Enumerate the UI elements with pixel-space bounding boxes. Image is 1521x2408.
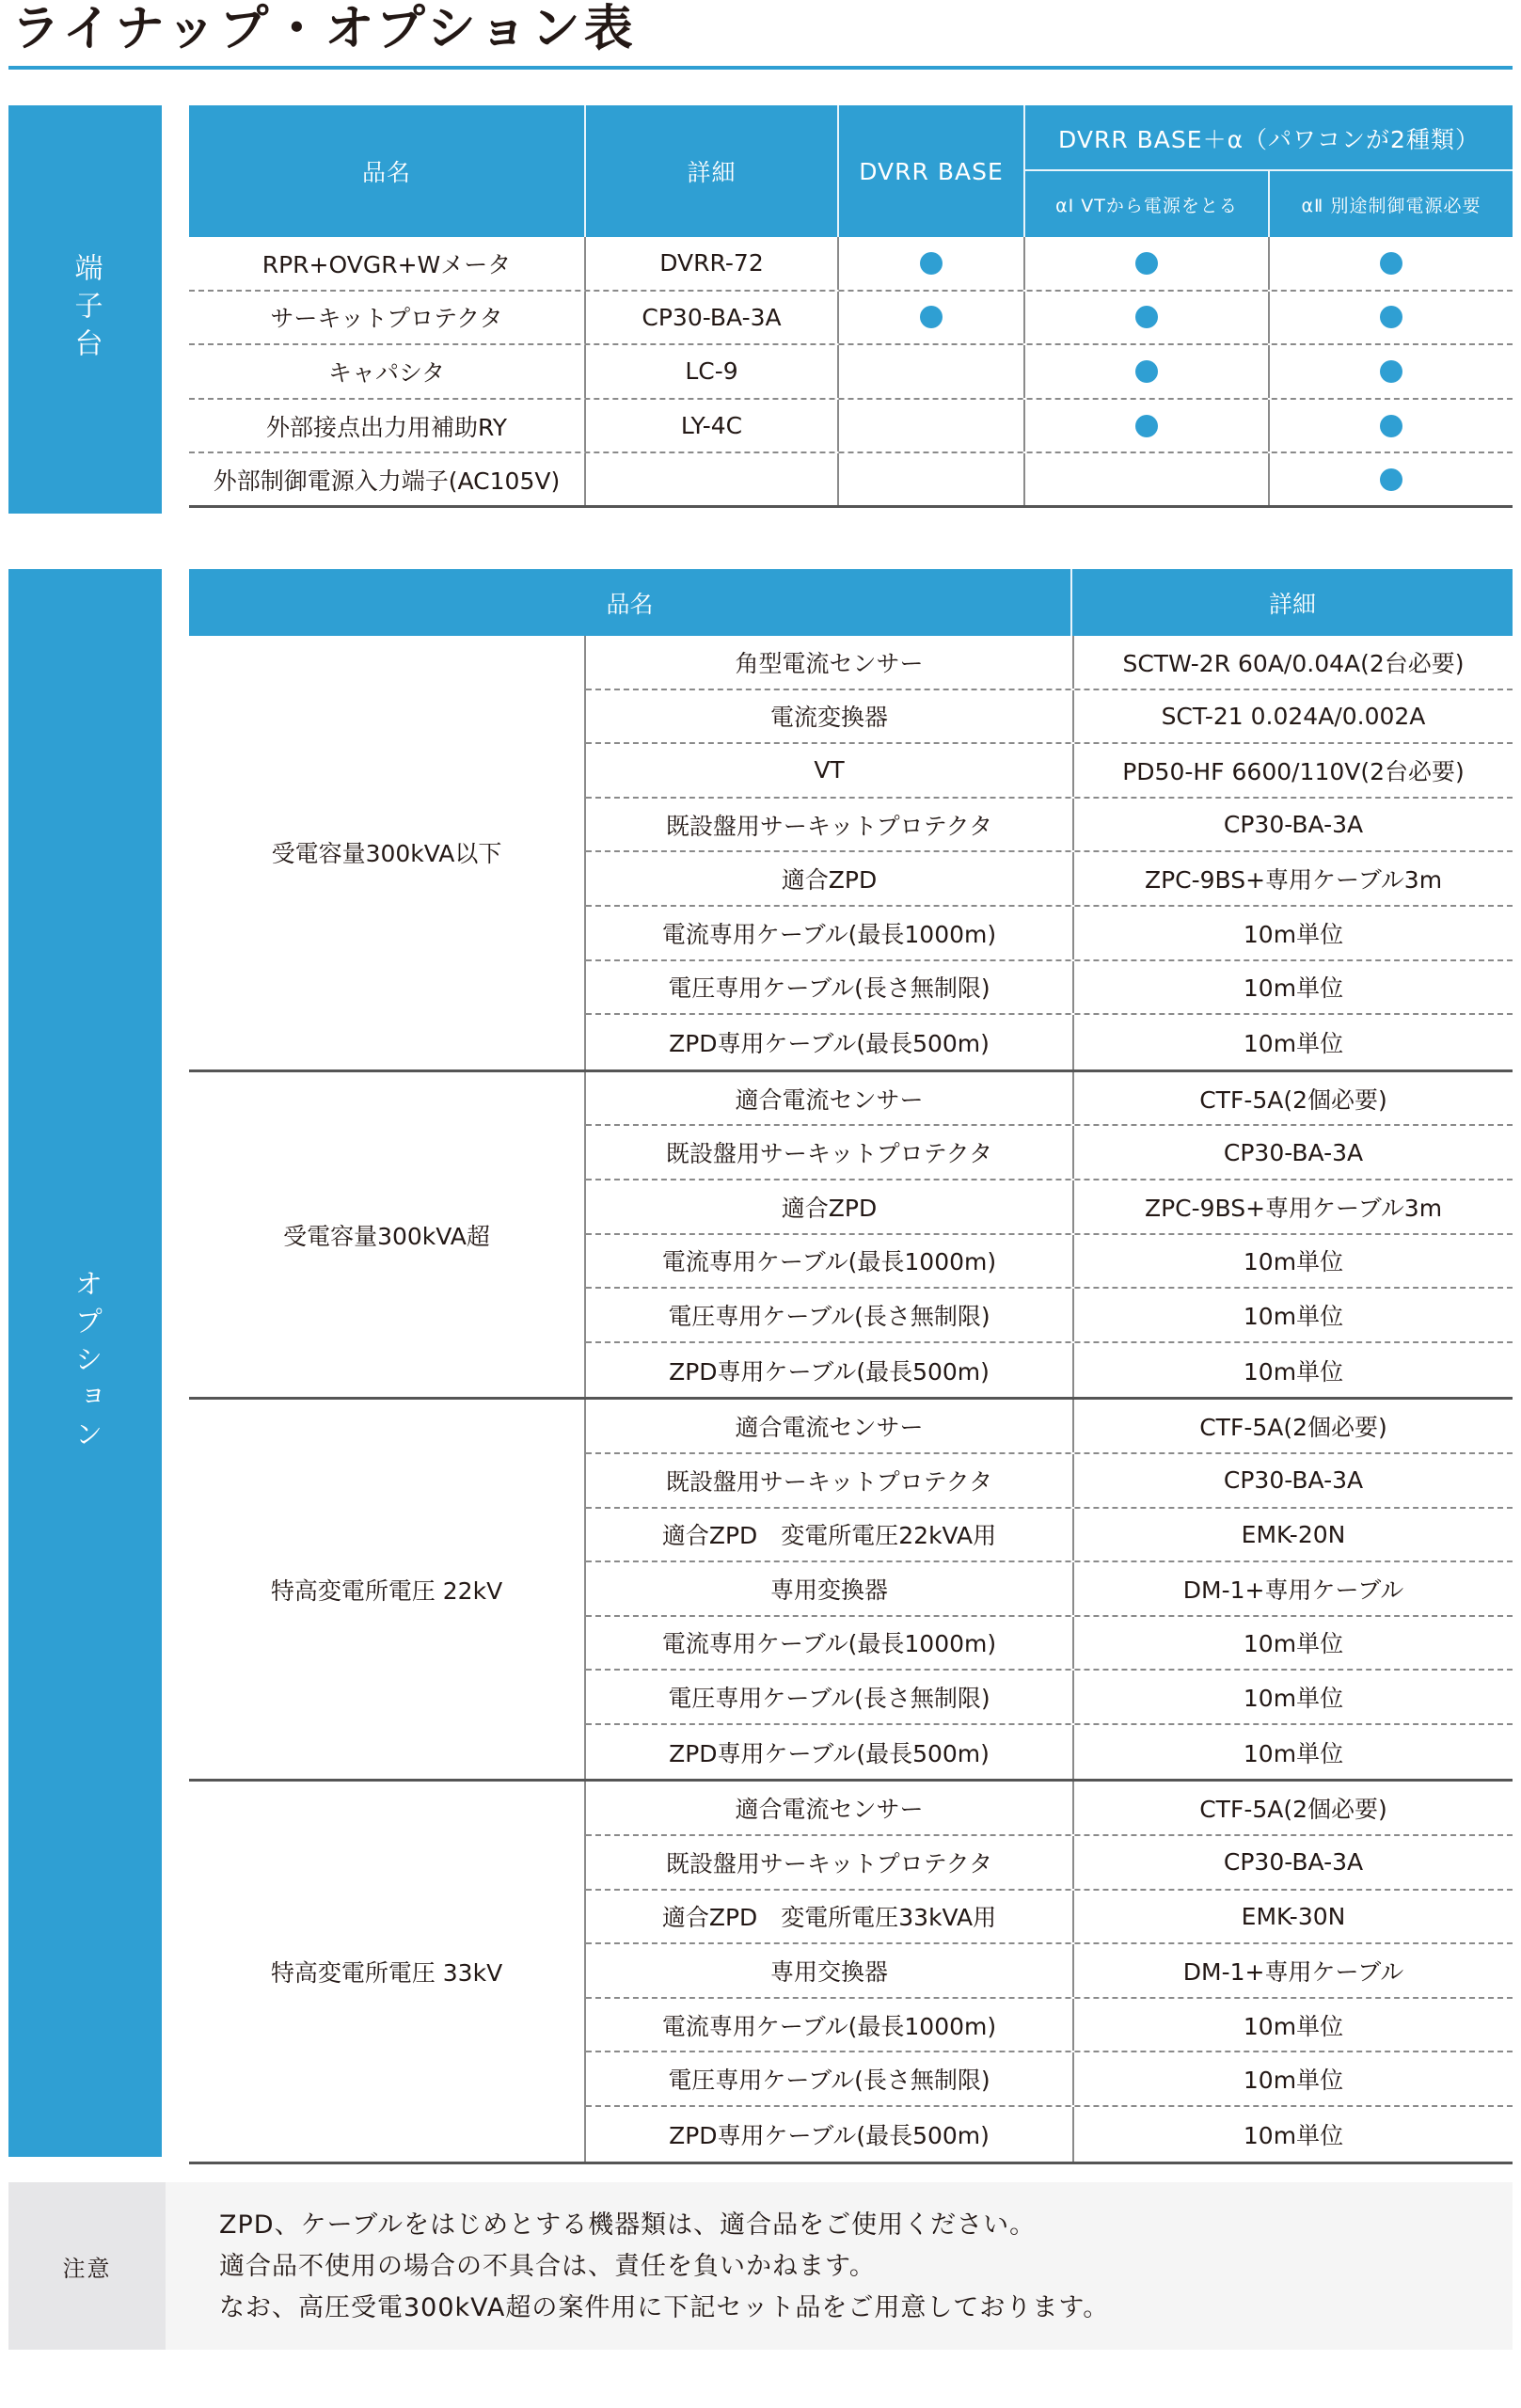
cell-name: 外部制御電源入力端子(AC105V) <box>189 453 584 505</box>
option-item-detail: 10m単位 <box>1072 1289 1513 1341</box>
section-label-terminal: 端子台 <box>8 105 162 514</box>
option-row: 適合ZPDZPC-9BS+専用ケーブル3m <box>586 852 1513 907</box>
dot-icon <box>1135 306 1158 328</box>
option-item-detail: CP30-BA-3A <box>1072 1126 1513 1179</box>
option-item-detail: CP30-BA-3A <box>1072 1836 1513 1889</box>
cell-alpha1 <box>1023 292 1268 344</box>
option-item-detail: EMK-30N <box>1072 1891 1513 1943</box>
option-item-detail: SCT-21 0.024A/0.002A <box>1072 690 1513 743</box>
option-row: 角型電流センサーSCTW-2R 60A/0.04A(2台必要) <box>586 636 1513 690</box>
option-item-name: 電流専用ケーブル(最長1000m) <box>586 1617 1072 1670</box>
option-item-name: 電圧専用ケーブル(長さ無制限) <box>586 961 1072 1014</box>
option-item-name: 電流専用ケーブル(最長1000m) <box>586 907 1072 959</box>
option-row: 既設盤用サーキットプロテクタCP30-BA-3A <box>586 799 1513 853</box>
option-group-rows: 適合電流センサーCTF-5A(2個必要)既設盤用サーキットプロテクタCP30-B… <box>584 1782 1513 2161</box>
terminal-table-body: RPR+OVGR+WメータDVRR-72サーキットプロテクタCP30-BA-3A… <box>189 237 1513 508</box>
header-name: 品名 <box>189 105 584 237</box>
section-label-options: オプション <box>8 569 162 2157</box>
header-detail: 詳細 <box>584 105 837 237</box>
option-row: 既設盤用サーキットプロテクタCP30-BA-3A <box>586 1126 1513 1180</box>
terminal-table-row: キャパシタLC-9 <box>189 345 1513 400</box>
option-row: 電圧専用ケーブル(長さ無制限)10m単位 <box>586 1671 1513 1725</box>
option-item-name: 電流変換器 <box>586 690 1072 743</box>
options-header-detail: 詳細 <box>1070 569 1513 636</box>
option-item-detail: 10m単位 <box>1072 1725 1513 1780</box>
option-item-name: 電圧専用ケーブル(長さ無制限) <box>586 1671 1072 1723</box>
notice-line: ZPD、ケーブルをはじめとする機器類は、適合品をご使用ください。 <box>219 2205 1109 2246</box>
dot-icon <box>920 306 943 328</box>
notice-text: ZPD、ケーブルをはじめとする機器類は、適合品をご使用ください。 適合品不使用の… <box>219 2205 1109 2329</box>
option-row: VTPD50-HF 6600/110V(2台必要) <box>586 744 1513 799</box>
option-row: 電流専用ケーブル(最長1000m)10m単位 <box>586 907 1513 961</box>
notice-line: なお、高圧受電300kVA超の案件用に下記セット品をご用意しております。 <box>219 2288 1109 2329</box>
option-row: 既設盤用サーキットプロテクタCP30-BA-3A <box>586 1836 1513 1891</box>
option-item-name: 適合電流センサー <box>586 1400 1072 1452</box>
cell-alpha2 <box>1268 292 1513 344</box>
option-item-detail: 10m単位 <box>1072 2107 1513 2162</box>
option-item-name: 専用変換器 <box>586 1562 1072 1615</box>
option-group-label: 受電容量300kVA超 <box>189 1072 584 1398</box>
cell-name: 外部接点出力用補助RY <box>189 400 584 452</box>
cell-alpha2 <box>1268 345 1513 398</box>
section-label-options-text: オプション <box>71 1269 100 1457</box>
cell-detail: LC-9 <box>584 345 837 398</box>
option-group: 特高変電所電圧 22kV適合電流センサーCTF-5A(2個必要)既設盤用サーキッ… <box>189 1400 1513 1782</box>
option-row: 電圧専用ケーブル(長さ無制限)10m単位 <box>586 961 1513 1016</box>
terminal-table-row: RPR+OVGR+WメータDVRR-72 <box>189 237 1513 292</box>
option-row: 適合ZPD 変電所電圧22kVA用EMK-20N <box>586 1509 1513 1563</box>
option-item-detail: CTF-5A(2個必要) <box>1072 1400 1513 1452</box>
terminal-table-row: 外部制御電源入力端子(AC105V) <box>189 453 1513 508</box>
option-row: 適合電流センサーCTF-5A(2個必要) <box>586 1782 1513 1836</box>
option-group-rows: 適合電流センサーCTF-5A(2個必要)既設盤用サーキットプロテクタCP30-B… <box>584 1400 1513 1779</box>
option-item-name: 角型電流センサー <box>586 636 1072 689</box>
cell-alpha1 <box>1023 237 1268 290</box>
option-row: 電圧専用ケーブル(長さ無制限)10m単位 <box>586 1289 1513 1343</box>
notice-box: 注意 ZPD、ケーブルをはじめとする機器類は、適合品をご使用ください。 適合品不… <box>8 2182 1513 2350</box>
option-row: 適合電流センサーCTF-5A(2個必要) <box>586 1072 1513 1127</box>
option-group-rows: 適合電流センサーCTF-5A(2個必要)既設盤用サーキットプロテクタCP30-B… <box>584 1072 1513 1398</box>
cell-detail: LY-4C <box>584 400 837 452</box>
cell-alpha2 <box>1268 400 1513 452</box>
option-row: 電流専用ケーブル(最長1000m)10m単位 <box>586 1999 1513 2053</box>
option-row: 電圧専用ケーブル(長さ無制限)10m単位 <box>586 2052 1513 2107</box>
terminal-table-row: 外部接点出力用補助RYLY-4C <box>189 400 1513 454</box>
cell-alpha2 <box>1268 237 1513 290</box>
dot-icon <box>920 252 943 275</box>
option-item-detail: 10m単位 <box>1072 1235 1513 1288</box>
option-row: ZPD専用ケーブル(最長500m)10m単位 <box>586 1343 1513 1398</box>
option-item-detail: SCTW-2R 60A/0.04A(2台必要) <box>1072 636 1513 689</box>
cell-name: RPR+OVGR+Wメータ <box>189 237 584 290</box>
option-row: 専用変換器DM-1+専用ケーブル <box>586 1562 1513 1617</box>
option-item-name: 適合ZPD <box>586 852 1072 905</box>
option-row: 電流専用ケーブル(最長1000m)10m単位 <box>586 1235 1513 1290</box>
header-alpha2: αⅡ 別途制御電源必要 <box>1268 171 1513 237</box>
option-item-detail: ZPC-9BS+専用ケーブル3m <box>1072 1180 1513 1233</box>
dot-icon <box>1135 252 1158 275</box>
header-plus-alpha: DVRR BASE＋α（パワコンが2種類） <box>1023 105 1513 170</box>
terminal-table-header: 品名 詳細 DVRR BASE DVRR BASE＋α（パワコンが2種類） αⅠ… <box>189 105 1513 237</box>
notice-line: 適合品不使用の場合の不具合は、責任を負いかねます。 <box>219 2246 1109 2288</box>
option-row: 電流専用ケーブル(最長1000m)10m単位 <box>586 1617 1513 1671</box>
dot-icon <box>1135 360 1158 383</box>
section-label-terminal-text: 端子台 <box>71 253 100 366</box>
option-item-detail: 10m単位 <box>1072 1617 1513 1670</box>
cell-alpha1 <box>1023 400 1268 452</box>
option-row: ZPD専用ケーブル(最長500m)10m単位 <box>586 1725 1513 1780</box>
option-item-detail: CTF-5A(2個必要) <box>1072 1782 1513 1834</box>
option-item-detail: 10m単位 <box>1072 1015 1513 1069</box>
option-item-detail: 10m単位 <box>1072 1999 1513 2052</box>
option-row: 適合ZPDZPC-9BS+専用ケーブル3m <box>586 1180 1513 1235</box>
option-item-name: 適合ZPD 変電所電圧22kVA用 <box>586 1509 1072 1561</box>
cell-detail: DVRR-72 <box>584 237 837 290</box>
cell-alpha2 <box>1268 453 1513 505</box>
option-group-label: 受電容量300kVA以下 <box>189 636 584 1069</box>
option-item-name: VT <box>586 744 1072 797</box>
dot-icon <box>1135 415 1158 437</box>
cell-alpha1 <box>1023 345 1268 398</box>
option-item-name: 電流専用ケーブル(最長1000m) <box>586 1235 1072 1288</box>
option-row: 適合ZPD 変電所電圧33kVA用EMK-30N <box>586 1891 1513 1945</box>
option-item-name: ZPD専用ケーブル(最長500m) <box>586 1343 1072 1398</box>
option-item-name: 電圧専用ケーブル(長さ無制限) <box>586 1289 1072 1341</box>
cell-base <box>837 237 1023 290</box>
option-item-name: ZPD専用ケーブル(最長500m) <box>586 1725 1072 1780</box>
option-group: 受電容量300kVA超適合電流センサーCTF-5A(2個必要)既設盤用サーキット… <box>189 1072 1513 1401</box>
option-item-name: 適合ZPD 変電所電圧33kVA用 <box>586 1891 1072 1943</box>
title-underline <box>8 66 1513 70</box>
options-table-header: 品名 詳細 <box>189 569 1513 636</box>
cell-alpha1 <box>1023 453 1268 505</box>
option-row: 適合電流センサーCTF-5A(2個必要) <box>586 1400 1513 1454</box>
option-item-detail: DM-1+専用ケーブル <box>1072 1562 1513 1615</box>
option-item-name: 適合電流センサー <box>586 1072 1072 1125</box>
option-item-detail: 10m単位 <box>1072 961 1513 1014</box>
notice-label: 注意 <box>8 2182 166 2350</box>
option-item-detail: ZPC-9BS+専用ケーブル3m <box>1072 852 1513 905</box>
option-item-detail: DM-1+専用ケーブル <box>1072 1944 1513 1997</box>
option-group-label: 特高変電所電圧 22kV <box>189 1400 584 1779</box>
option-item-detail: 10m単位 <box>1072 907 1513 959</box>
dot-icon <box>1380 306 1402 328</box>
option-item-detail: PD50-HF 6600/110V(2台必要) <box>1072 744 1513 797</box>
option-item-detail: EMK-20N <box>1072 1509 1513 1561</box>
cell-detail: CP30-BA-3A <box>584 292 837 344</box>
cell-name: サーキットプロテクタ <box>189 292 584 344</box>
option-item-name: 電流専用ケーブル(最長1000m) <box>586 1999 1072 2052</box>
options-header-name: 品名 <box>189 569 1070 636</box>
cell-name: キャパシタ <box>189 345 584 398</box>
option-item-name: 適合ZPD <box>586 1180 1072 1233</box>
option-item-name: 既設盤用サーキットプロテクタ <box>586 1836 1072 1889</box>
header-alpha1: αⅠ VTから電源をとる <box>1023 171 1268 237</box>
option-item-name: 既設盤用サーキットプロテクタ <box>586 1454 1072 1507</box>
option-group-rows: 角型電流センサーSCTW-2R 60A/0.04A(2台必要)電流変換器SCT-… <box>584 636 1513 1069</box>
option-row: 専用交換器DM-1+専用ケーブル <box>586 1944 1513 1999</box>
terminal-table: 品名 詳細 DVRR BASE DVRR BASE＋α（パワコンが2種類） αⅠ… <box>189 105 1513 508</box>
dot-icon <box>1380 415 1402 437</box>
option-row: 既設盤用サーキットプロテクタCP30-BA-3A <box>586 1454 1513 1509</box>
option-group: 特高変電所電圧 33kV適合電流センサーCTF-5A(2個必要)既設盤用サーキッ… <box>189 1782 1513 2163</box>
option-item-name: 適合電流センサー <box>586 1782 1072 1834</box>
header-base: DVRR BASE <box>837 105 1023 237</box>
option-item-name: ZPD専用ケーブル(最長500m) <box>586 1015 1072 1069</box>
option-item-name: 専用交換器 <box>586 1944 1072 1997</box>
options-table-body: 受電容量300kVA以下角型電流センサーSCTW-2R 60A/0.04A(2台… <box>189 636 1513 2164</box>
option-row: 電流変換器SCT-21 0.024A/0.002A <box>586 690 1513 745</box>
cell-base <box>837 400 1023 452</box>
cell-base <box>837 292 1023 344</box>
dot-icon <box>1380 360 1402 383</box>
option-row: ZPD専用ケーブル(最長500m)10m単位 <box>586 2107 1513 2162</box>
option-item-name: 既設盤用サーキットプロテクタ <box>586 799 1072 851</box>
options-table: 品名 詳細 受電容量300kVA以下角型電流センサーSCTW-2R 60A/0.… <box>189 569 1513 2164</box>
option-item-detail: CP30-BA-3A <box>1072 799 1513 851</box>
dot-icon <box>1380 468 1402 491</box>
option-item-detail: CP30-BA-3A <box>1072 1454 1513 1507</box>
cell-base <box>837 345 1023 398</box>
option-item-detail: CTF-5A(2個必要) <box>1072 1072 1513 1125</box>
option-item-name: 既設盤用サーキットプロテクタ <box>586 1126 1072 1179</box>
option-row: ZPD専用ケーブル(最長500m)10m単位 <box>586 1015 1513 1069</box>
terminal-table-row: サーキットプロテクタCP30-BA-3A <box>189 292 1513 346</box>
option-item-detail: 10m単位 <box>1072 1671 1513 1723</box>
option-item-name: 電圧専用ケーブル(長さ無制限) <box>586 2052 1072 2105</box>
option-group: 受電容量300kVA以下角型電流センサーSCTW-2R 60A/0.04A(2台… <box>189 636 1513 1072</box>
option-item-name: ZPD専用ケーブル(最長500m) <box>586 2107 1072 2162</box>
dot-icon <box>1380 252 1402 275</box>
option-item-detail: 10m単位 <box>1072 1343 1513 1398</box>
cell-base <box>837 453 1023 505</box>
option-group-label: 特高変電所電圧 33kV <box>189 1782 584 2161</box>
cell-detail <box>584 453 837 505</box>
page-title: ライナップ・オプション表 <box>11 0 637 58</box>
option-item-detail: 10m単位 <box>1072 2052 1513 2105</box>
